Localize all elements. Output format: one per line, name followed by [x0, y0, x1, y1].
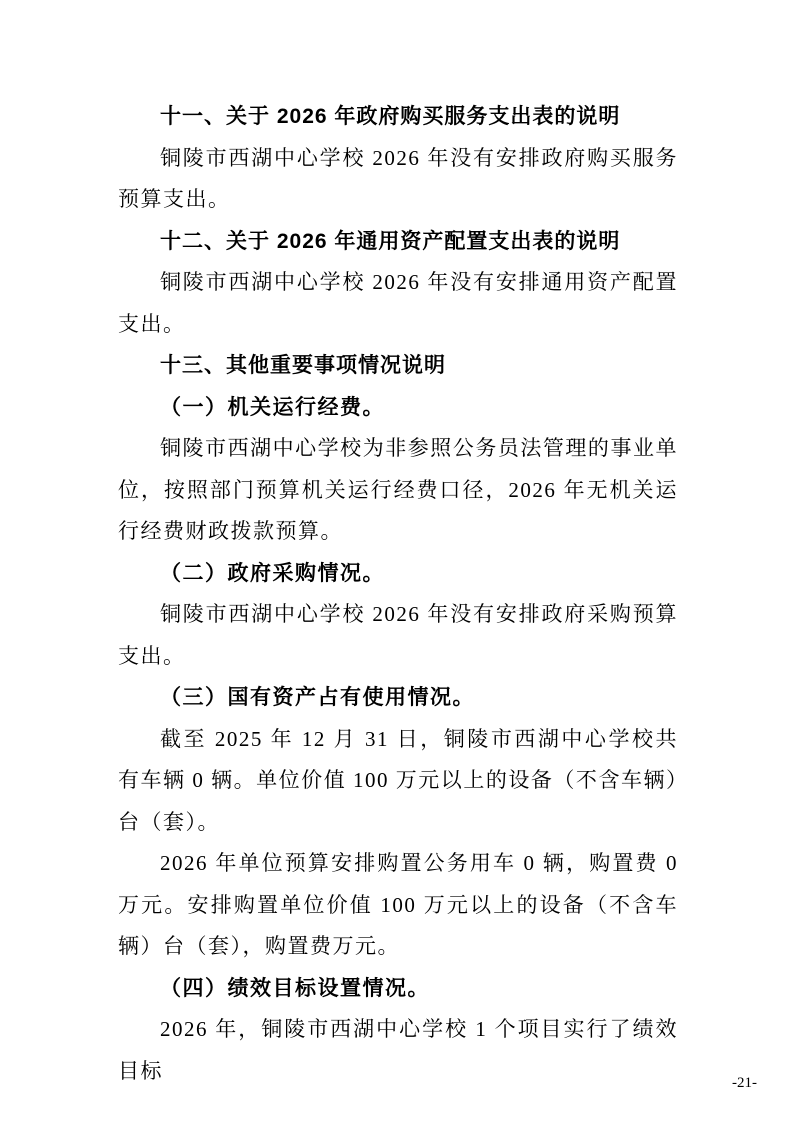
- body-paragraph: 2026 年单位预算安排购置公务用车 0 辆，购置费 0 万元。安排购置单位价值…: [118, 843, 678, 968]
- sub-heading: （二）政府采购情况。: [118, 553, 678, 595]
- body-paragraph: 铜陵市西湖中心学校 2026 年没有安排政府采购预算支出。: [118, 594, 678, 677]
- document-content: 十一、关于 2026 年政府购买服务支出表的说明铜陵市西湖中心学校 2026 年…: [118, 96, 678, 1092]
- document-page: 十一、关于 2026 年政府购买服务支出表的说明铜陵市西湖中心学校 2026 年…: [0, 0, 793, 1122]
- body-paragraph: 截至 2025 年 12 月 31 日，铜陵市西湖中心学校共有车辆 0 辆。单位…: [118, 719, 678, 844]
- body-paragraph: 2026 年，铜陵市西湖中心学校 1 个项目实行了绩效目标: [118, 1009, 678, 1092]
- sub-heading: （一）机关运行经费。: [118, 387, 678, 429]
- sub-heading: （三）国有资产占有使用情况。: [118, 677, 678, 719]
- body-paragraph: 铜陵市西湖中心学校 2026 年没有安排政府购买服务预算支出。: [118, 138, 678, 221]
- section-heading: 十三、其他重要事项情况说明: [118, 345, 678, 387]
- section-heading: 十一、关于 2026 年政府购买服务支出表的说明: [118, 96, 678, 138]
- page-number: -21-: [732, 1075, 757, 1092]
- section-heading: 十二、关于 2026 年通用资产配置支出表的说明: [118, 221, 678, 263]
- body-paragraph: 铜陵市西湖中心学校为非参照公务员法管理的事业单位，按照部门预算机关运行经费口径，…: [118, 428, 678, 553]
- body-paragraph: 铜陵市西湖中心学校 2026 年没有安排通用资产配置支出。: [118, 262, 678, 345]
- sub-heading: （四）绩效目标设置情况。: [118, 968, 678, 1010]
